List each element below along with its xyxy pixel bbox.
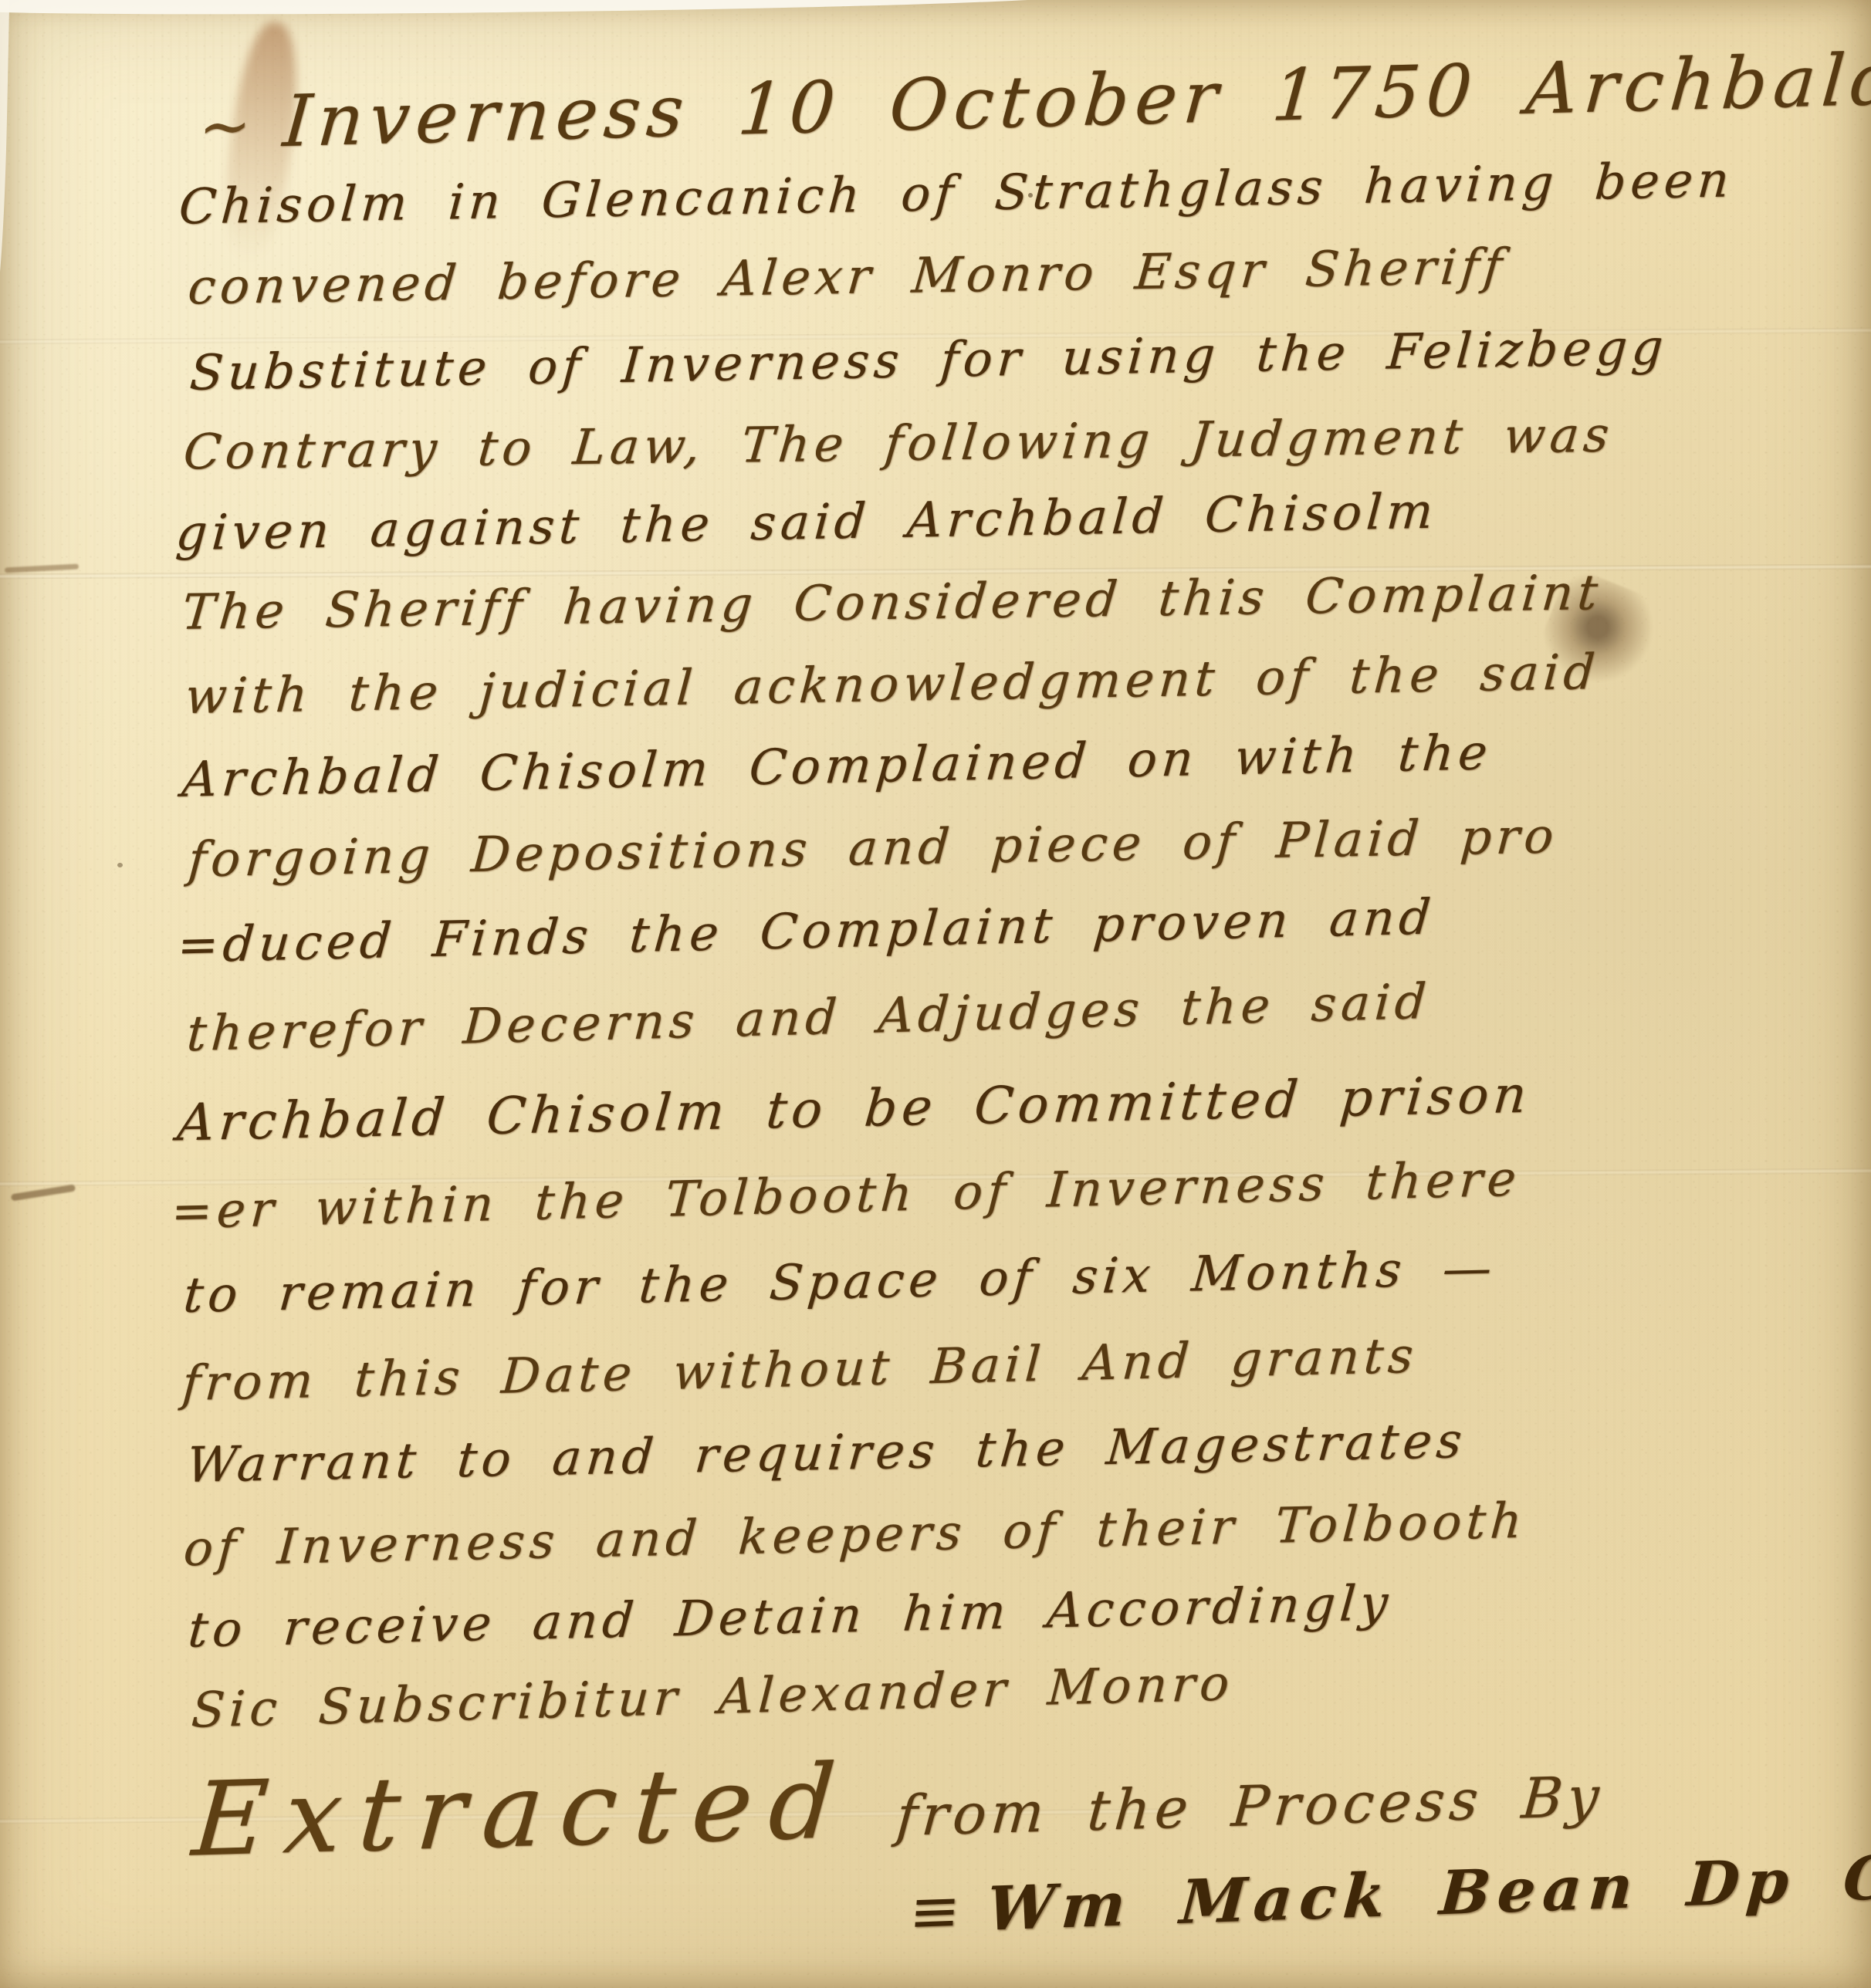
pen-flourish: ~ [196,90,259,163]
manuscript-line-12: therefor Decerns and Adjudges the said [185,973,1433,1062]
manuscript-line-14: =er within the Tolbooth of Inverness the… [170,1151,1522,1240]
manuscript-line-9: Archbald Chisolm Complained on with the [180,724,1494,808]
manuscript-line-6: given against the said Archbald Chisolm [174,483,1440,562]
manuscript-line-15: to remain for the Space of six Months — [181,1239,1498,1324]
manuscript-line-1: ~Inverness 10 October 1750 Archbald [196,38,1871,165]
manuscript-line-4: Substitute of Inverness for using the Fe… [188,319,1670,401]
manuscript-line-1-text: Inverness 10 October 1750 Archbald [280,38,1871,163]
manuscript-line-17: Warrant to and requires the Magestrates [184,1412,1469,1493]
crease-mark [11,1184,76,1201]
closing-rest-text: from the Process By [894,1763,1605,1848]
manuscript-line-5: Contrary to Law, The following Judgment … [181,407,1616,481]
signature-text: Wm Mack Bean Dp Clk [985,1840,1871,1945]
manuscript-line-3: convened before Alexr Monro Esqr Sheriff [186,238,1509,316]
manuscript-line-19: to receive and Detain him Accordingly [186,1574,1395,1658]
manuscript-line-8: with the judicial acknowledgment of the … [184,644,1602,725]
ink-speck [117,863,123,867]
manuscript-line-11: =duced Finds the Complaint proven and [175,888,1437,973]
scan-edge [0,0,9,316]
manuscript-line-16: from this Date without Bail And grants [181,1327,1419,1412]
scan-edge [0,0,1096,18]
manuscript-line-2: Chisolm in Glencanich of Strathglass hav… [178,151,1736,235]
clerk-signature: ≡Wm Mack Bean Dp Clk [907,1840,1871,1948]
crease-mark [5,563,79,573]
manuscript-line-18: of Inverness and keepers of their Tolboo… [182,1493,1528,1577]
closing-line: Extractedfrom the Process By [188,1721,1609,1879]
closing-word-extracted: Extracted [188,1743,856,1880]
manuscript-line-10: forgoing Depositions and piece of Plaid … [187,807,1560,887]
manuscript-line-20: Sic Subscribitur Alexander Monro [190,1655,1235,1738]
manuscript-line-13: Archbald Chisolm to be Committed prison [175,1065,1534,1153]
manuscript-line-7: The Sheriff having Considered this Compl… [180,564,1605,641]
signature-flourish: ≡ [907,1875,969,1947]
manuscript-page: ~Inverness 10 October 1750 Archbald Chis… [0,0,1871,1988]
